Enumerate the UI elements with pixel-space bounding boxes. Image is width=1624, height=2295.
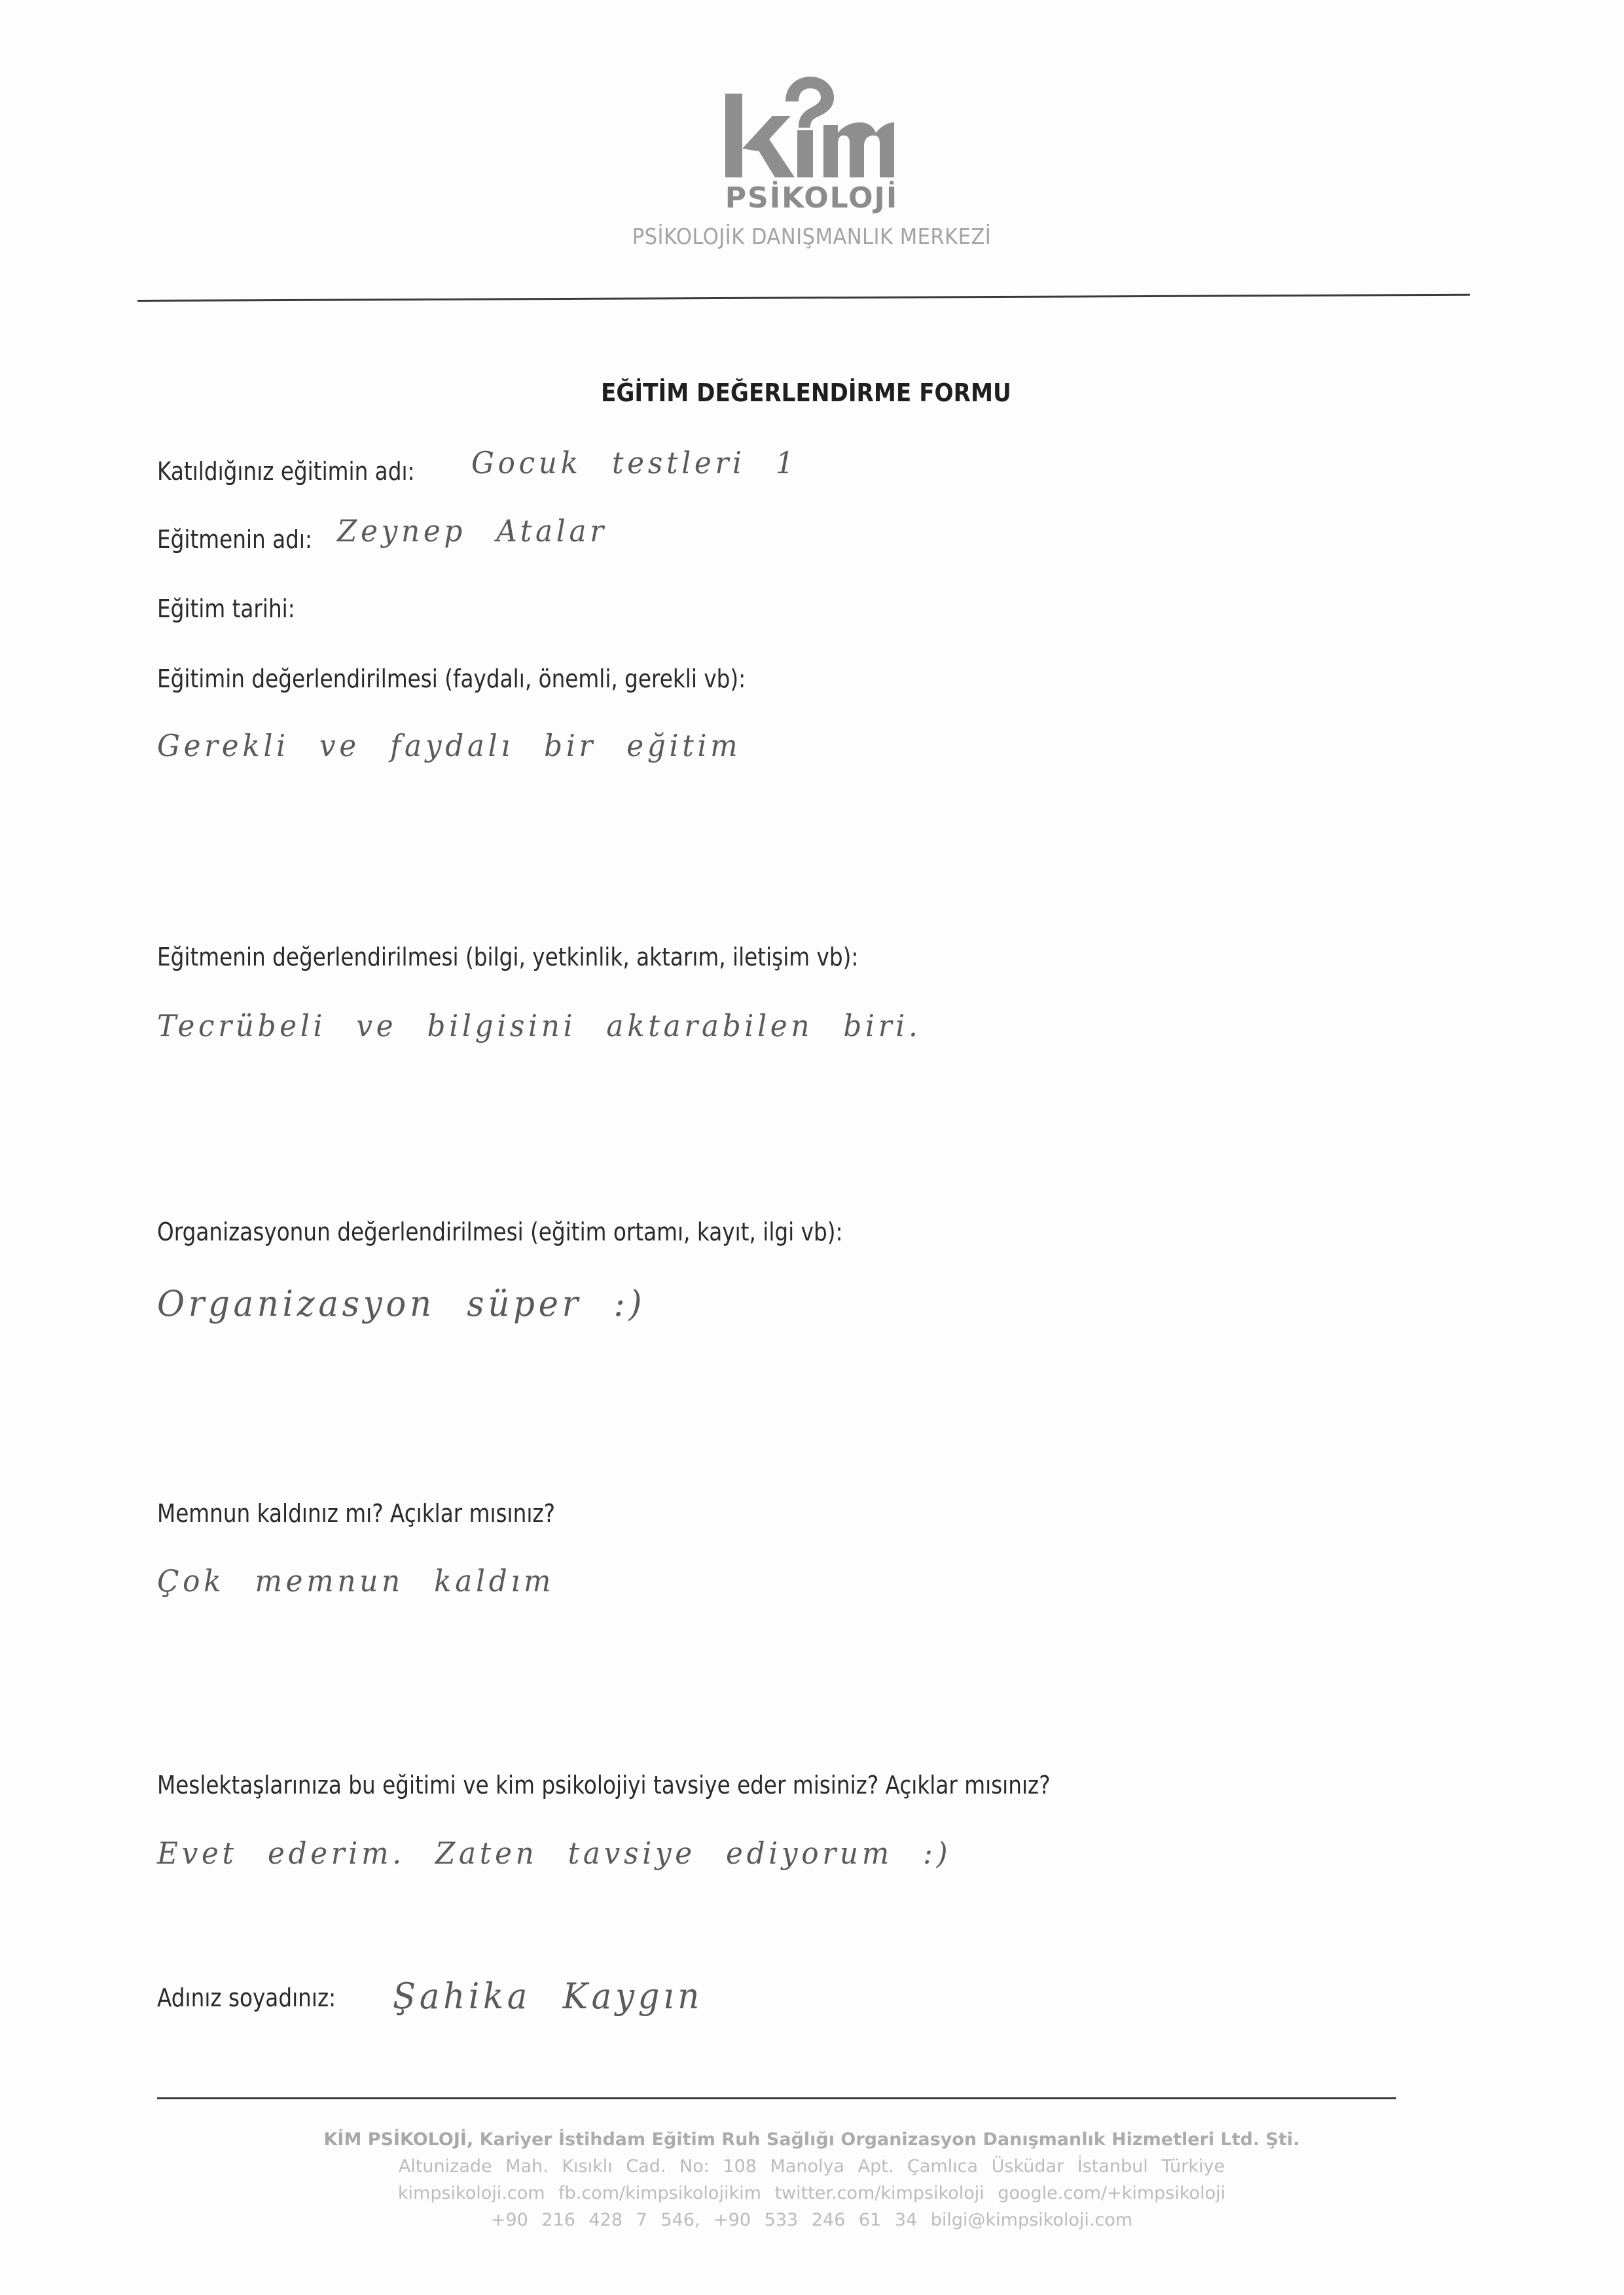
logo-mark-icon [725,75,895,180]
header-divider [137,294,1470,302]
full-name-value[interactable]: Şahika Kaygın [393,1976,703,2017]
organization-evaluation-value[interactable]: Organizasyon süper :) [157,1283,645,1324]
training-date-label: Eğitim tarihi: [157,594,295,623]
footer-contact: +90 216 428 7 546, +90 533 246 61 34 bil… [196,2207,1427,2233]
footer-address: Altunizade Mah. Kısıklı Cad. No: 108 Man… [196,2153,1427,2180]
footer-divider [157,2097,1396,2099]
trainer-name-label: Eğitmenin adı: [157,525,312,554]
satisfaction-value[interactable]: Çok memnun kaldım [157,1563,554,1599]
trainer-evaluation-value[interactable]: Tecrübeli ve bilgisini aktarabilen biri. [157,1008,922,1043]
footer-company-name: KİM PSİKOLOJİ, [324,2129,474,2150]
form-title: EĞİTİM DEĞERLENDİRME FORMU [601,378,1011,407]
trainer-evaluation-label: Eğitmenin değerlendirilmesi (bilgi, yetk… [157,943,858,971]
footer-company-legal: Kariyer İstihdam Eğitim Ruh Sağlığı Orga… [473,2129,1299,2150]
evaluation-form-page: PSİKOLOJİ PSİKOLOJİK DANIŞMANLIK MERKEZİ… [0,0,1624,2295]
recommendation-value[interactable]: Evet ederim. Zaten tavsiye ediyorum :) [157,1835,951,1871]
training-evaluation-label: Eğitimin değerlendirilmesi (faydalı, öne… [157,664,746,693]
recommendation-label: Meslektaşlarınıza bu eğitimi ve kim psik… [157,1771,1051,1799]
organization-evaluation-label: Organizasyonun değerlendirilmesi (eğitim… [157,1218,842,1246]
satisfaction-label: Memnun kaldınız mı? Açıklar mısınız? [157,1499,555,1528]
company-footer: KİM PSİKOLOJİ, Kariyer İstihdam Eğitim R… [196,2126,1427,2233]
full-name-label: Adınız soyadınız: [157,1983,336,2012]
training-evaluation-value[interactable]: Gerekli ve faydalı bir eğitim [157,728,741,763]
kim-psikoloji-logo: PSİKOLOJİ [713,75,910,226]
logo-subtitle: PSİKOLOJİ [713,181,910,215]
logo-tagline: PSİKOLOJİK DANIŞMANLIK MERKEZİ [541,224,1083,250]
trainer-name-value[interactable]: Zeynep Atalar [337,513,607,549]
training-name-label: Katıldığınız eğitimin adı: [157,457,415,486]
footer-web-links: kimpsikoloji.com fb.com/kimpsikolojikim … [196,2180,1427,2207]
training-name-value[interactable]: Gocuk testleri 1 [471,445,797,480]
footer-company: KİM PSİKOLOJİ, Kariyer İstihdam Eğitim R… [196,2126,1427,2153]
